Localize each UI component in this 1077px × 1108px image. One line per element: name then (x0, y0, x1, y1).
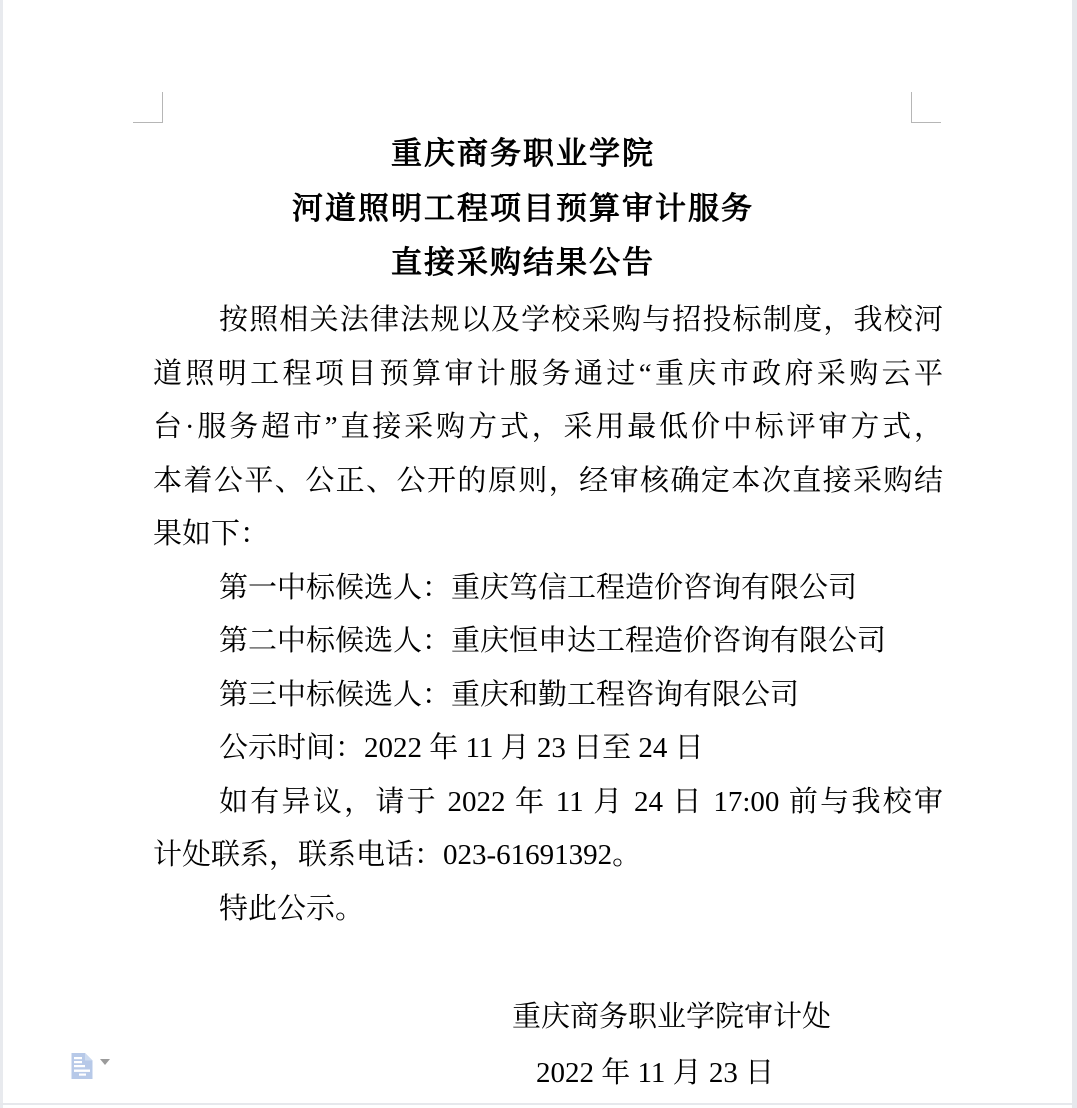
body-line: 特此公示。 (153, 883, 943, 937)
body-line-publicity-period: 公示时间：2022 年 11 月 23 日至 24 日 (153, 722, 943, 776)
crop-mark-top-left (133, 92, 163, 123)
document-page: 重庆商务职业学院 河道照明工程项目预算审计服务 直接采购结果公告 按照相关法律法… (0, 0, 1077, 1108)
body-line-contact: 计处联系，联系电话：023-61691392。 (153, 829, 943, 883)
page-bottom-rule (0, 1103, 1072, 1105)
paste-options-icon (71, 1052, 93, 1080)
body-line: 道照明工程项目预算审计服务通过“重庆市政府采购云平 (153, 348, 943, 402)
page-left-edge (0, 0, 3, 1108)
body-line-candidate-2: 第二中标候选人：重庆恒申达工程造价咨询有限公司 (153, 615, 943, 669)
body-line-candidate-1: 第一中标候选人：重庆笃信工程造价咨询有限公司 (153, 562, 943, 616)
title-line-2: 河道照明工程项目预算审计服务 (153, 182, 893, 237)
paste-options-button[interactable] (70, 1051, 111, 1081)
body-line: 如有异议，请于 2022 年 11 月 24 日 17:00 前与我校审 (153, 776, 943, 830)
signature-date: 2022 年 11 月 23 日 (536, 1046, 774, 1100)
title-line-1: 重庆商务职业学院 (153, 127, 893, 182)
body-line: 按照相关法律法规以及学校采购与招投标制度，我校河 (153, 294, 943, 348)
document-body: 按照相关法律法规以及学校采购与招投标制度，我校河 道照明工程项目预算审计服务通过… (153, 294, 943, 936)
chevron-down-icon[interactable] (100, 1059, 110, 1065)
document-title: 重庆商务职业学院 河道照明工程项目预算审计服务 直接采购结果公告 (153, 127, 893, 291)
body-line: 台·服务超市”直接采购方式，采用最低价中标评审方式， (153, 401, 943, 455)
page-right-edge (1072, 0, 1077, 1108)
body-line: 果如下： (153, 508, 943, 562)
crop-mark-top-right (911, 92, 941, 123)
title-line-3: 直接采购结果公告 (153, 236, 893, 291)
signature-line: 重庆商务职业学院审计处 (512, 990, 831, 1044)
body-line-candidate-3: 第三中标候选人：重庆和勤工程咨询有限公司 (153, 669, 943, 723)
body-line: 本着公平、公正、公开的原则，经审核确定本次直接采购结 (153, 455, 943, 509)
